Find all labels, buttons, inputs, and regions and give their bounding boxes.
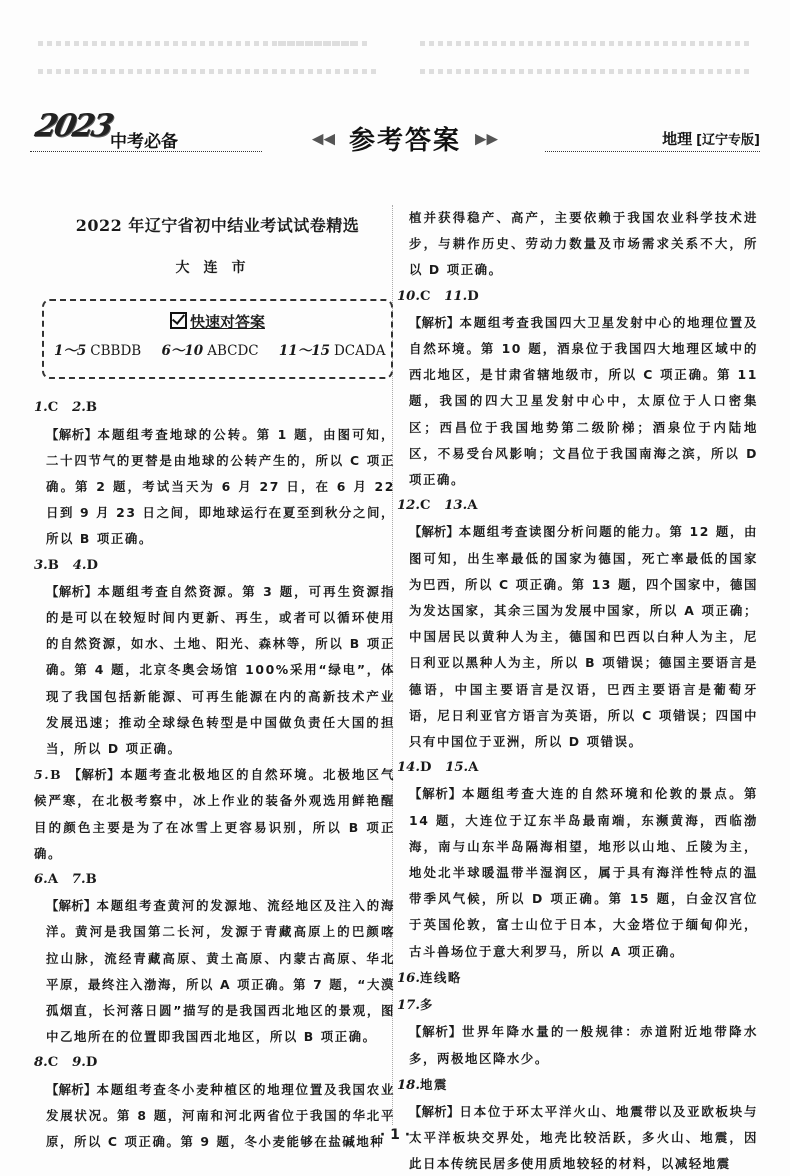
logo-subtitle: 中考必备 [110,127,178,152]
page-number: · 1 · [0,1127,790,1143]
question-number: 14.D 15.A [397,755,758,781]
subject-label: 地理[辽宁专版] [662,128,760,149]
double-arrow-right-icon: ▶▶ [475,130,498,148]
left-column: 2022 年辽宁省初中结业考试试卷精选 大连市 快速对答案 1～5CBBDB 6… [40,205,395,1155]
subject-name: 地理 [662,130,692,148]
header-dotted-rule-left [30,151,262,152]
right-column: 植并获得稳产、高产，主要依赖于我国农业科学技术进步，与耕作历史、劳动力数量及市场… [403,205,758,1176]
analysis-paragraph: 【解析】本题组考查地球的公转。第 1 题，由图可知，二十四节气的更替是由地球的公… [46,422,395,553]
bleed-through-text [0,34,790,94]
quick-answer-title: 快速对答案 [54,309,381,335]
header-dotted-rule-right [545,151,760,152]
question-number: 17.多 [397,992,758,1019]
analysis-paragraph: 【解析】本题组考查黄河的发源地、流经地区及注入的海洋。黄河是我国第二长河，发源于… [46,893,395,1050]
quick-answer-box: 快速对答案 1～5CBBDB 6～10ABCDC 11～15DCADA [42,299,393,379]
checkbox-checked-icon [170,312,187,329]
question-number: 10.C 11.D [397,284,758,310]
question-number: 8.C 9.D [34,1050,395,1076]
analysis-paragraph: 【解析】本题组考查大连的自然环境和伦敦的景点。第 14 题，大连位于辽东半岛最南… [409,781,758,964]
analysis-paragraph: 【解析】本题组考查我国四大卫星发射中心的地理位置及自然环境。第 10 题，酒泉位… [409,310,758,493]
page-header: 2023 中考必备 ◀◀参考答案▶▶ 地理[辽宁专版] [30,108,760,158]
analysis-paragraph: 【解析】世界年降水量的一般规律：赤道附近地带降水多，两极地区降水少。 [409,1019,758,1071]
analysis-paragraph: 【解析】本题组考查读图分析问题的能力。第 12 题，由图可知，出生率最低的国家为… [409,519,758,755]
question-number: 12.C 13.A [397,493,758,519]
city-heading: 大连市 [40,255,395,281]
exam-title: 2022 年辽宁省初中结业考试试卷精选 [40,213,395,239]
question-number: 18.地震 [397,1072,758,1099]
analysis-paragraph: 【解析】本题组考查自然资源。第 3 题，可再生资源指的是可以在较短时间内更新、再… [46,579,395,762]
edition-tag: [辽宁专版] [696,133,760,148]
section-title-text: 参考答案 [349,126,461,156]
analysis-paragraph: 【解析】本题组考查冬小麦种植区的地理位置及我国农业发展状况。第 8 题，河南和河… [46,1077,395,1156]
quick-answer-row: 1～5CBBDB 6～10ABCDC 11～15DCADA [54,338,381,364]
section-title: ◀◀参考答案▶▶ [260,120,550,157]
double-arrow-left-icon: ◀◀ [312,130,335,148]
question-number: 16.连线略 [397,965,758,992]
question-number: 1.C 2.B [34,395,395,421]
analysis-paragraph: 5.B 【解析】本题考查北极地区的自然环境。北极地区气候严寒，在北极考察中，冰上… [34,762,395,867]
logo-year: 2023 [32,108,114,144]
question-number: 3.B 4.D [34,553,395,579]
question-number: 6.A 7.B [34,867,395,893]
analysis-continuation: 植并获得稳产、高产，主要依赖于我国农业科学技术进步，与耕作历史、劳动力数量及市场… [409,205,758,284]
question-number: 5.B [34,767,62,782]
